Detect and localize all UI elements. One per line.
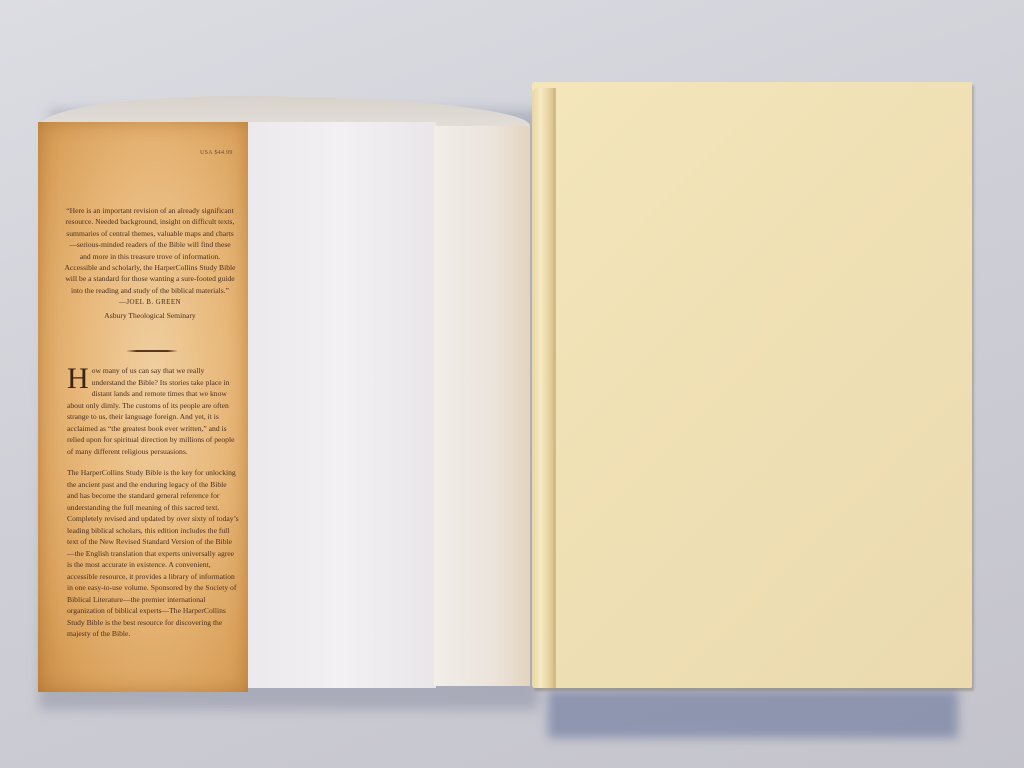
- flap-description: How many of us can say that we really un…: [67, 365, 239, 650]
- ornament-divider: [126, 350, 178, 352]
- book-spine: [532, 88, 554, 688]
- attribution-org: Asbury Theological Seminary: [64, 310, 236, 321]
- price-label: USA $44.99: [200, 150, 233, 156]
- attribution-name: —JOEL B. GREEN: [64, 297, 236, 308]
- description-paragraph-2: The HarperCollins Study Bible is the key…: [67, 467, 239, 640]
- dust-jacket-inner-fold: [434, 126, 530, 686]
- book-shadow: [548, 690, 958, 738]
- endorsement-quote: “Here is an important revision of an alr…: [64, 205, 236, 321]
- dust-jacket-inner-panel: [248, 122, 436, 688]
- quote-text: “Here is an important revision of an alr…: [65, 206, 236, 295]
- drop-cap: H: [67, 367, 89, 391]
- book-hinge: [553, 88, 556, 688]
- paragraph-1-text: ow many of us can say that we really und…: [67, 366, 234, 456]
- book-cover: [532, 82, 972, 688]
- description-paragraph-1: How many of us can say that we really un…: [67, 365, 239, 457]
